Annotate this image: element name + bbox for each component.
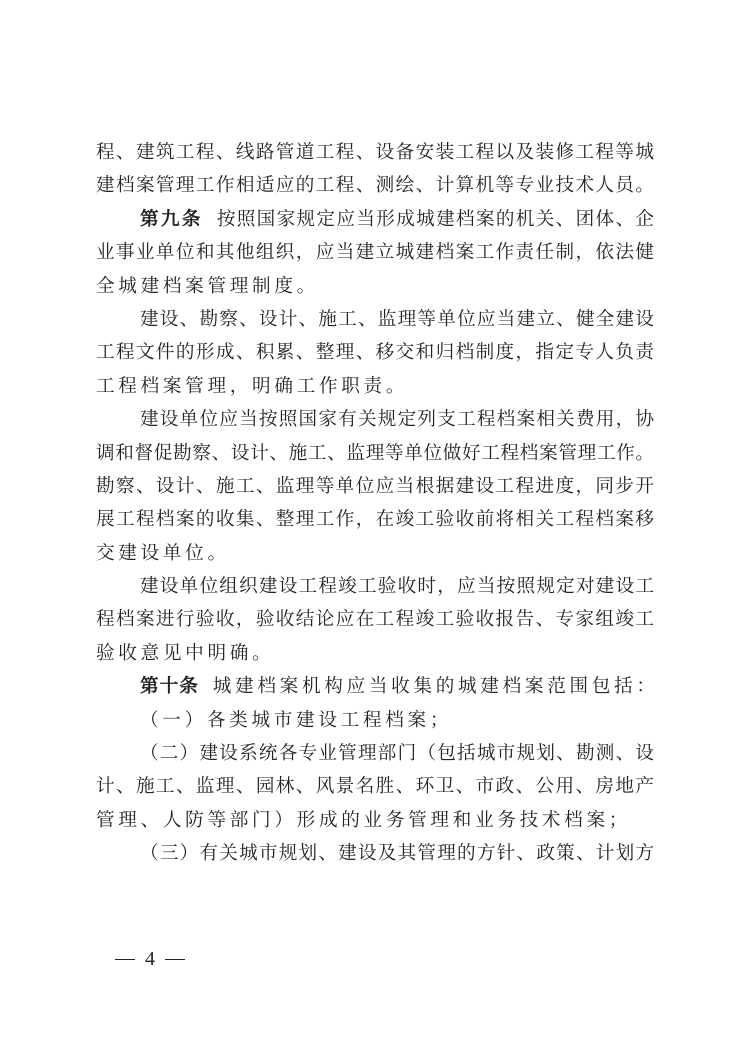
text-line: 工程档案管理，明确工作职责。 bbox=[96, 370, 654, 403]
text-line: 调和督促勘察、设计、施工、监理等单位做好工程档案管理工作。 bbox=[96, 437, 654, 470]
list-item-line: （一）各类城市建设工程档案； bbox=[96, 704, 654, 737]
document-body: 程、建筑工程、线路管道工程、设备安装工程以及装修工程等城 建档案管理工作相适应的… bbox=[96, 136, 654, 871]
text-line: 工程文件的形成、积累、整理、移交和归档制度，指定专人负责 bbox=[96, 336, 654, 369]
text-line: 展工程档案的收集、整理工作，在竣工验收前将相关工程档案移 bbox=[96, 503, 654, 536]
text-span: 按照国家规定应当形成城建档案的机关、团体、企 bbox=[217, 209, 654, 230]
text-line: 验收意见中明确。 bbox=[96, 637, 654, 670]
text-line: 程、建筑工程、线路管道工程、设备安装工程以及装修工程等城 bbox=[96, 136, 654, 169]
text-span: 城建档案机构应当收集的城建档案范围包括： bbox=[213, 676, 659, 697]
page-footer: 4 bbox=[115, 948, 185, 971]
text-line: 管理、人防等部门）形成的业务管理和业务技术档案； bbox=[96, 804, 654, 837]
text-line: 程档案进行验收，验收结论应在工程竣工验收报告、专家组竣工 bbox=[96, 603, 654, 636]
text-line: 勘察、设计、施工、监理等单位应当根据建设工程进度，同步开 bbox=[96, 470, 654, 503]
text-line: 全城建档案管理制度。 bbox=[96, 270, 654, 303]
text-line: 建档案管理工作相适应的工程、测绘、计算机等专业技术人员。 bbox=[96, 169, 654, 202]
text-line: 交建设单位。 bbox=[96, 537, 654, 570]
article-heading-line: 第十条城建档案机构应当收集的城建档案范围包括： bbox=[96, 670, 654, 703]
dash-right bbox=[165, 959, 185, 961]
page-number: 4 bbox=[145, 948, 155, 971]
dash-left bbox=[115, 959, 135, 961]
article-number-9: 第九条 bbox=[140, 209, 203, 230]
text-line: 建设单位组织建设工程竣工验收时，应当按照规定对建设工 bbox=[96, 570, 654, 603]
text-line: 业事业单位和其他组织，应当建立城建档案工作责任制，依法健 bbox=[96, 236, 654, 269]
list-item-line: （二）建设系统各专业管理部门（包括城市规划、勘测、设 bbox=[96, 737, 654, 770]
article-number-10: 第十条 bbox=[140, 676, 199, 697]
article-heading-line: 第九条按照国家规定应当形成城建档案的机关、团体、企 bbox=[96, 203, 654, 236]
text-line: 计、施工、监理、园林、风景名胜、环卫、市政、公用、房地产 bbox=[96, 770, 654, 803]
text-line: 建设单位应当按照国家有关规定列支工程档案相关费用，协 bbox=[96, 403, 654, 436]
list-item-line: （三）有关城市规划、建设及其管理的方针、政策、计划方 bbox=[96, 837, 654, 870]
text-line: 建设、勘察、设计、施工、监理等单位应当建立、健全建设 bbox=[96, 303, 654, 336]
